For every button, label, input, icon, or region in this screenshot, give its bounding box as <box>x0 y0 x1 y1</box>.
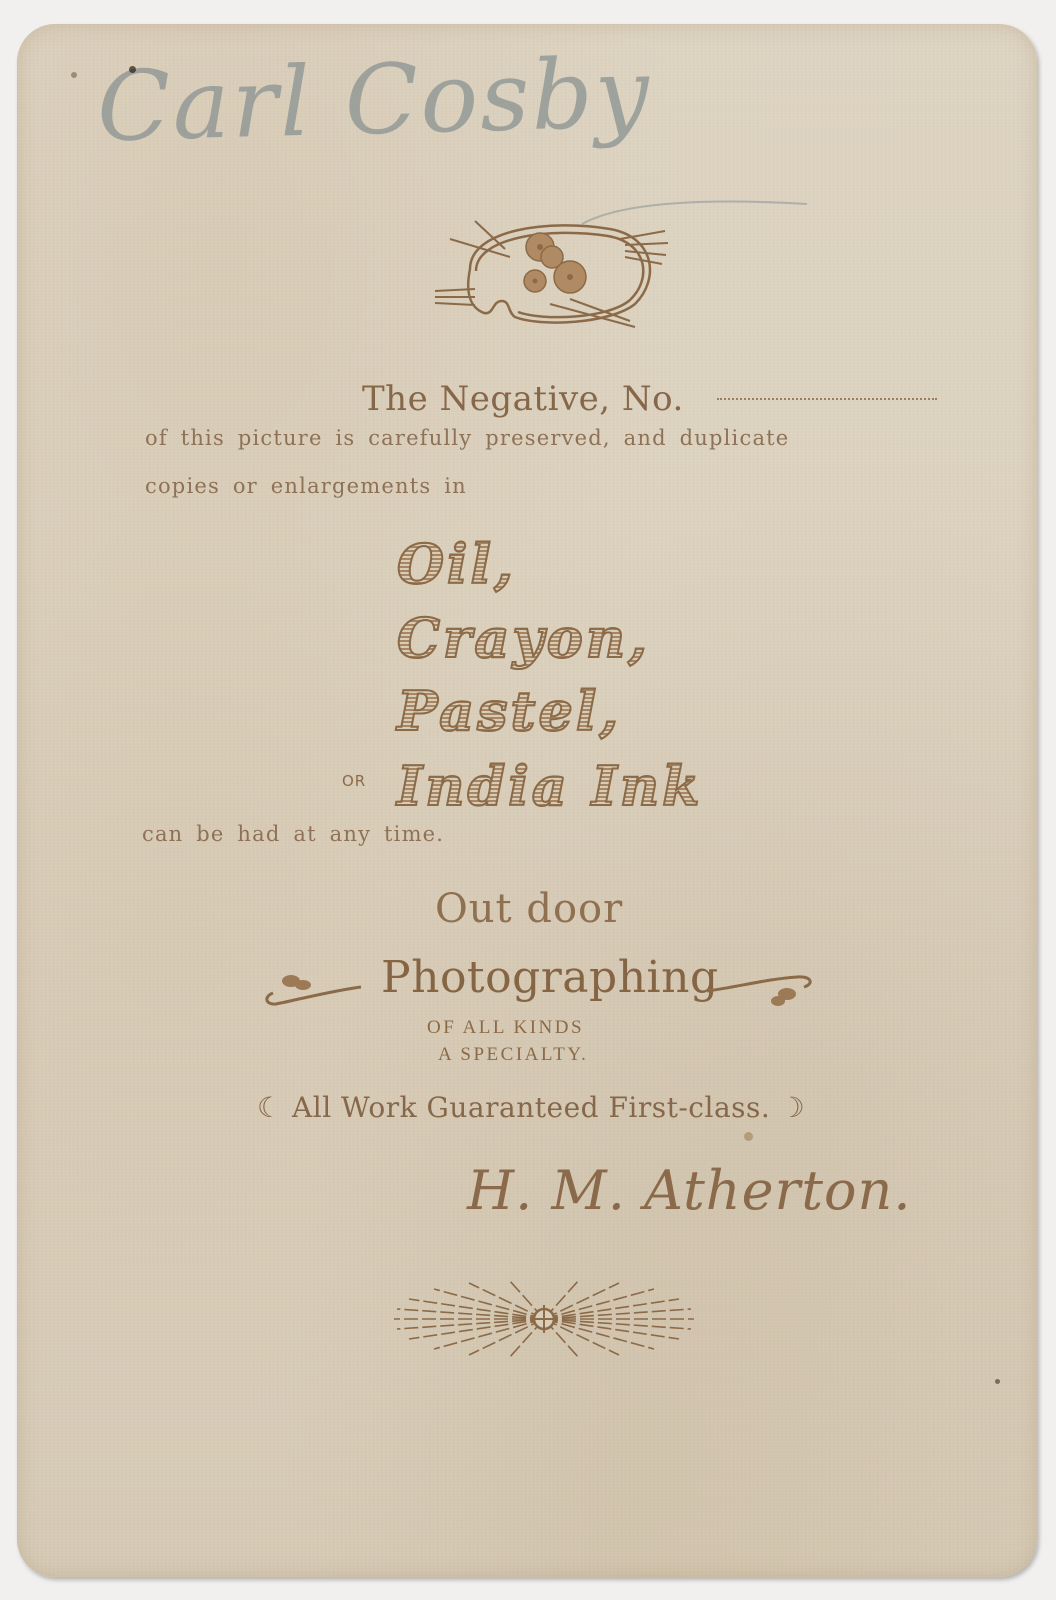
medium-india-ink: India Ink <box>397 754 703 818</box>
foxing-spot <box>744 1132 753 1141</box>
moon-right-icon: ☽ <box>770 1091 805 1124</box>
medium-crayon: Crayon, <box>397 606 650 670</box>
moon-left-icon: ☾ <box>257 1091 292 1124</box>
floral-flourish-left-icon <box>261 959 381 1019</box>
sunburst-ornament-icon <box>389 1279 699 1359</box>
cabinet-card-back: Carl Cosby The Negative, No. of this pic… <box>17 24 1037 1577</box>
negative-number-label: The Negative, No. <box>362 379 684 419</box>
body-text-line-3: can be had at any time. <box>142 822 444 846</box>
of-all-kinds-text: OF ALL KINDS <box>427 1017 584 1039</box>
photographing-heading: Photographing <box>381 952 719 1003</box>
or-label: OR <box>342 772 366 790</box>
body-text-line-2: copies or enlargements in <box>145 474 467 498</box>
medium-pastel: Pastel, <box>397 679 621 743</box>
body-text-line-1: of this picture is carefully preserved, … <box>145 426 789 450</box>
foxing-spot <box>995 1379 1000 1384</box>
foxing-spot <box>71 72 77 78</box>
palette-with-pansies-ornament <box>430 209 670 329</box>
specialty-text: A SPECIALTY. <box>438 1044 588 1066</box>
floral-flourish-right-icon <box>702 959 822 1019</box>
negative-number-field <box>717 398 937 400</box>
handwritten-name: Carl Cosby <box>96 37 653 163</box>
outdoor-heading: Out door <box>435 886 623 932</box>
guarantee-text: ☾ All Work Guaranteed First-class. ☽ <box>257 1091 805 1124</box>
foxing-spot <box>129 66 136 73</box>
photographer-signature: H. M. Atherton. <box>467 1159 912 1222</box>
medium-oil: Oil, <box>397 532 516 596</box>
